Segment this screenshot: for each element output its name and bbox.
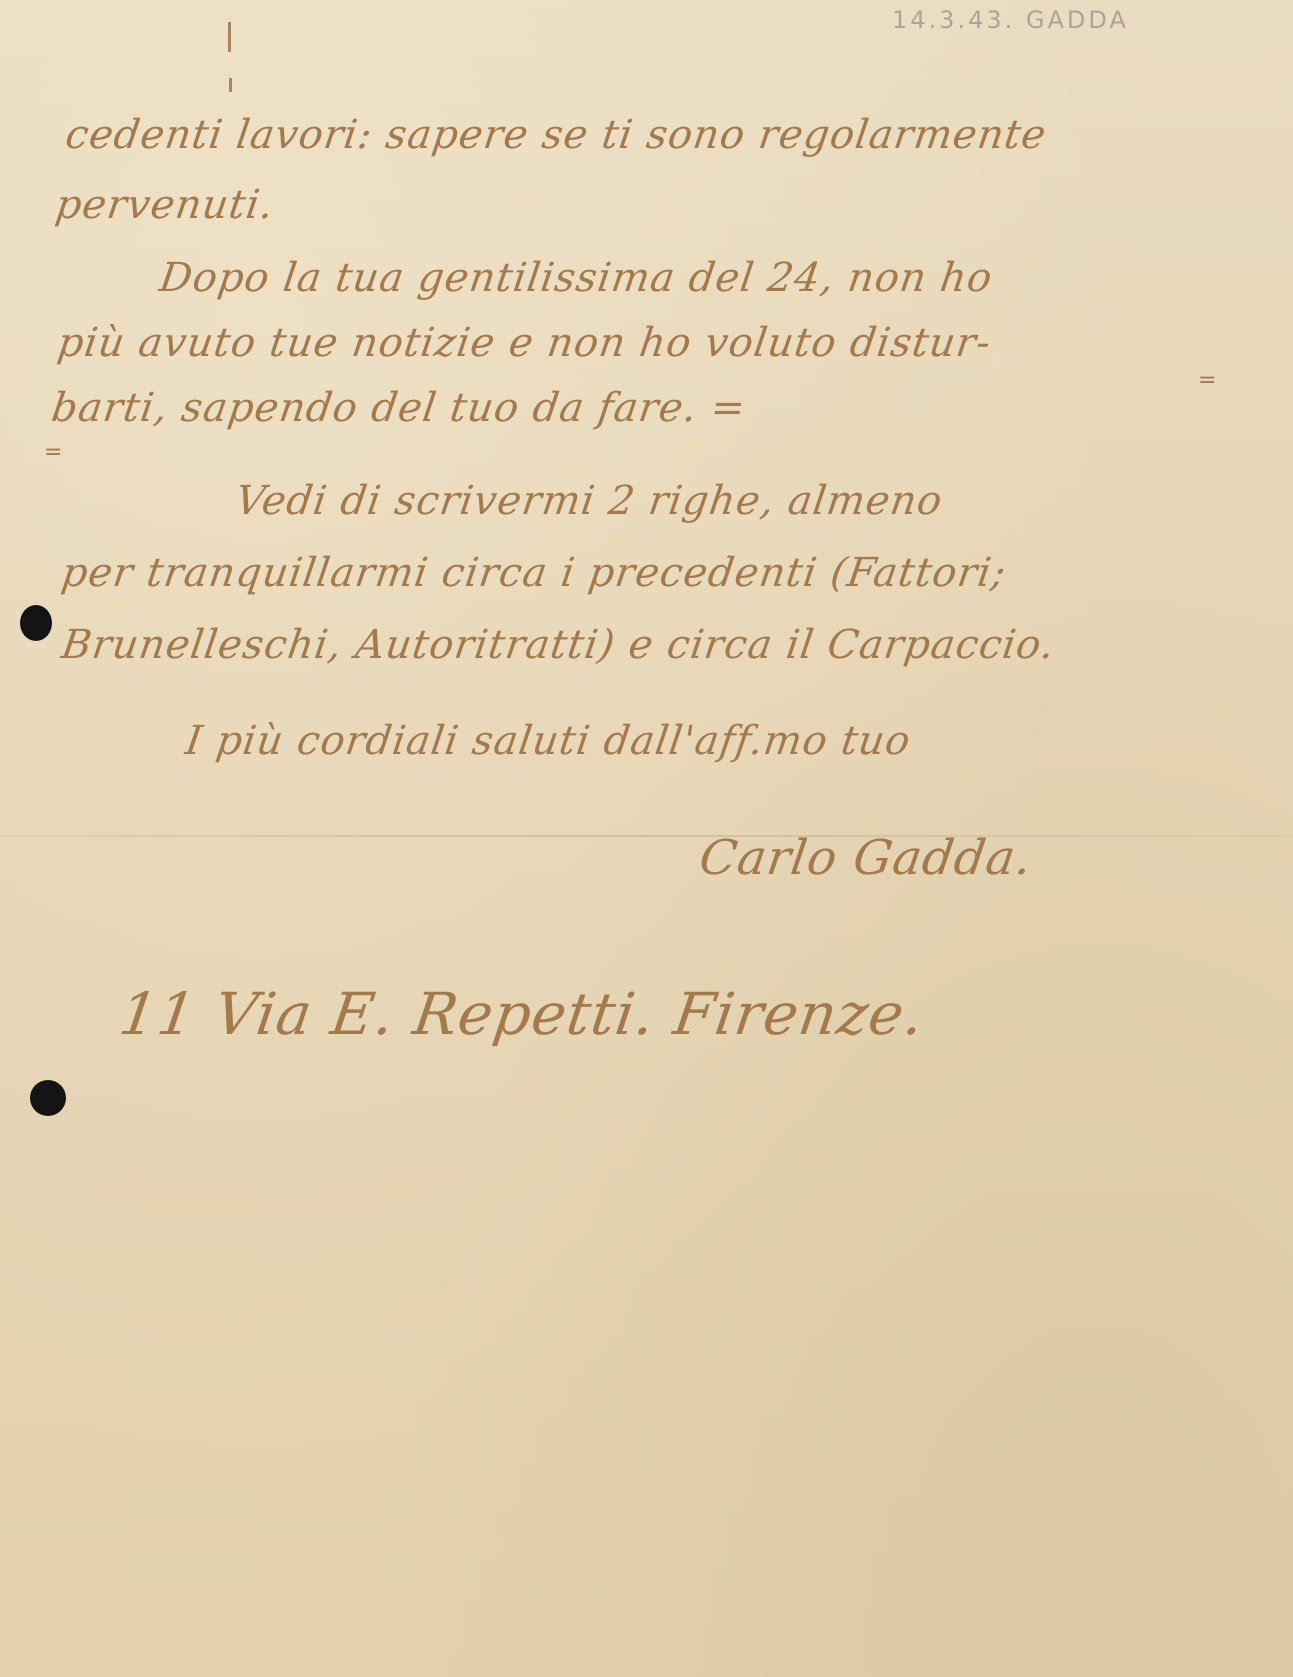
letter-line-4: più avuto tue notizie e non ho voluto di… — [55, 320, 994, 366]
signature: Carlo Gadda. — [696, 830, 1036, 886]
margin-mark: = — [44, 440, 62, 465]
punch-hole-upper — [20, 605, 52, 641]
letter-line-5: barti, sapendo del tuo da fare. = — [49, 385, 749, 431]
letter-line-9-closing: I più cordiali saluti dall'aff.mo tuo — [183, 718, 914, 764]
ink-mark — [229, 78, 232, 92]
hyphen-mark: = — [1198, 368, 1216, 393]
letter-line-1: cedenti lavori: sapere se ti sono regola… — [63, 112, 1050, 158]
punch-hole-lower — [30, 1080, 66, 1116]
letter-page: 14.3.43. GADDA cedenti lavori: sapere se… — [0, 0, 1293, 1677]
letter-line-6: Vedi di scrivermi 2 righe, almeno — [233, 478, 946, 524]
letter-line-3: Dopo la tua gentilissima del 24, non ho — [157, 255, 996, 301]
paper-fold-line — [0, 835, 1293, 837]
letter-line-7: per tranquillarmi circa i precedenti (Fa… — [59, 550, 1010, 596]
sender-address: 11 Via E. Repetti. Firenze. — [115, 980, 928, 1048]
letter-line-8: Brunelleschi, Autoritratti) e circa il C… — [59, 622, 1058, 668]
archival-pencil-note: 14.3.43. GADDA — [892, 6, 1129, 34]
ink-mark — [228, 22, 231, 52]
letter-line-2: pervenuti. — [53, 182, 277, 228]
